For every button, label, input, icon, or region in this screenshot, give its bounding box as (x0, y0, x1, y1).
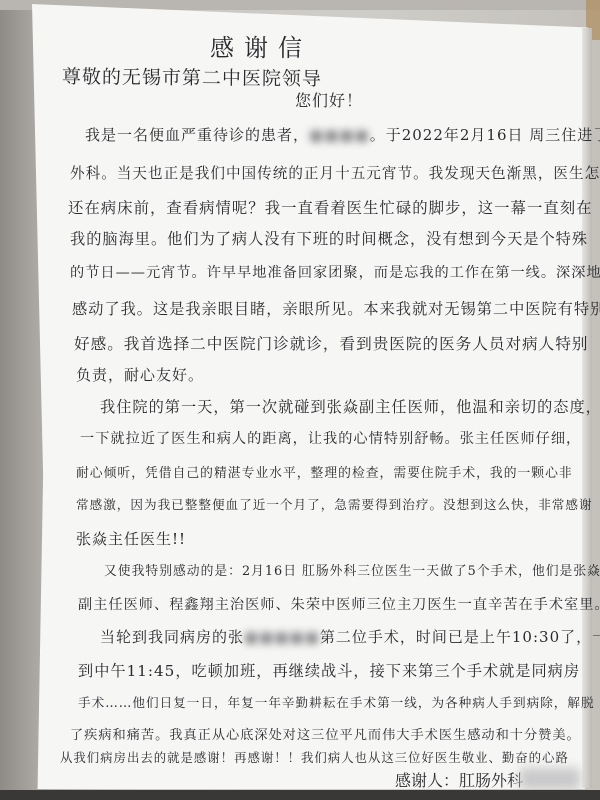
redacted-patient-name: ■■■■ (309, 126, 370, 144)
letter-line-10: 一下就拉近了医生和病人的距离，让我的心情特别舒畅。张主任医师仔细， (80, 428, 581, 448)
letter-line-9: 我住院的第一天，第一次就碰到张焱副主任医师，他温和亲切的态度， (100, 396, 600, 417)
letter-line-14: 又使我特别感动的是：2月16日 肛肠外科三位医生一天做了5个手术，他们是张焱 (104, 560, 600, 579)
letter-title: 感谢信 (210, 28, 312, 63)
letter-line-15: 副主任医师、程鑫翔主治医师、朱荣中医师三位主刀医生一直辛苦在手术室里。 (78, 594, 600, 614)
letter-salutation: 尊敬的无锡市第二中医院领导 (62, 62, 322, 91)
letter-greeting: 您们好！ (295, 88, 363, 111)
redacted-signature-name (520, 768, 580, 790)
letter-line-11: 耐心倾听，凭借自己的精湛专业水平，整理的检查，需要住院手术，我的一颗心非 (76, 462, 573, 481)
letter-line-5: 的节日——元宵节。许早早地准备回家团聚，而是忘我的工作在第一线。深深地 (70, 262, 600, 282)
letter-line-1: 我是一名便血严重待诊的患者，■■■■。于2022年2月16日 周三住进了肛肠 (85, 124, 600, 145)
letter-line-4: 我的脑海里。他们为了病人没有下班的时间概念，没有想到今天是个特殊 (70, 228, 588, 249)
letter-line-20: 从我们病房出去的就是感谢！再感谢！！我们病人也从这三位好医生敬业、勤奋的心路 (60, 748, 569, 766)
letter-signature: 感谢人：肛肠外科 (395, 768, 523, 791)
letter-line-13: 张焱主任医生!! (76, 528, 186, 549)
letter-line-17: 到中午11:45，吃顿加班，再继续战斗，接下来第三个手术就是同病房 (78, 660, 580, 681)
redacted-roommate-name: ■■■■■ (244, 628, 320, 646)
bottom-shadow-strip (0, 790, 600, 800)
letter-line-2: 外科。当天也正是我们中国传统的正月十五元宵节。我发现天色渐黑，医生怎么 (70, 162, 600, 183)
letter-line-16: 当轮到我同病房的张■■■■■第二位手术，时间已是上午10:30了，一直到 (100, 626, 600, 647)
letter-line-6: 感动了我。这是我亲眼目睹，亲眼所见。本来我就对无锡第二中医院有特别 (72, 298, 600, 319)
letter-line-7: 好感。我首选择二中医院门诊就诊，看到贵医院的医务人员对病人特别 (74, 332, 588, 354)
letter-line-18: 手术……他们日复一日，年复一年辛勤耕耘在手术第一线，为各种病人手到病除，解脱 (78, 692, 595, 711)
letter-line-8: 负责，耐心友好。 (76, 364, 204, 385)
letter-line-19: 了疾病和痛苦。我真正从心底深处对这三位平凡而伟大手术医生感动和十分赞美。 (70, 724, 581, 743)
letter-line-12: 常感激，因为我已整整便血了近一个月了，急需要得到治疗。没想到这么快，非常感谢 (76, 494, 593, 513)
letter-line-3: 还在病床前，查看病情呢？我一直看着医生忙碌的脚步，这一幕一直刻在 (68, 196, 593, 218)
